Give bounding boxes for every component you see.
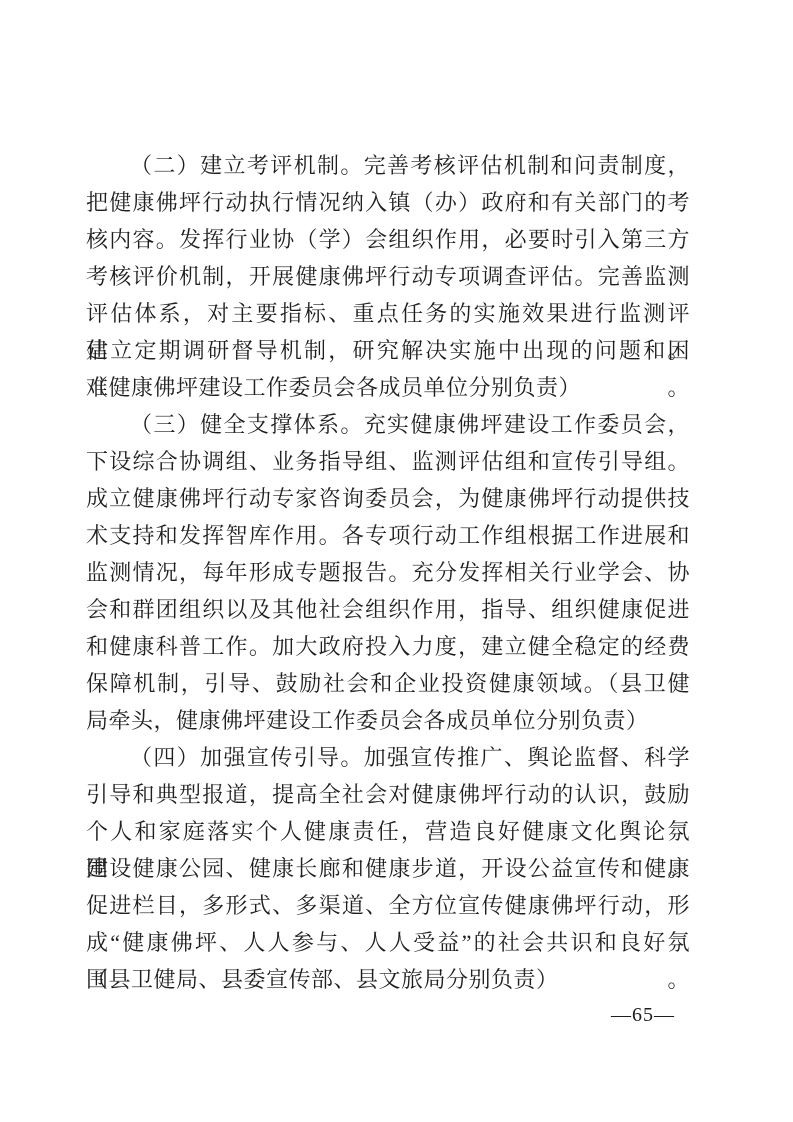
paragraph-section-3: （三）健全支撑体系。充实健康佛坪建设工作委员会， 下设综合协调组、业务指导组、监… <box>86 406 690 739</box>
text-line: 评估体系，对主要指标、重点任务的实施效果进行监测评估。 <box>86 295 690 332</box>
text-line: 成立健康佛坪行动专家咨询委员会，为健康佛坪行动提供技 <box>86 480 690 517</box>
text-line: 建设健康公园、健康长廊和健康步道，开设公益宣传和健康 <box>86 850 690 887</box>
text-line: 个人和家庭落实个人健康责任，营造良好健康文化舆论氛围。 <box>86 813 690 850</box>
text-line: 成“健康佛坪、人人参与、人人受益”的社会共识和良好氛围。 <box>86 924 690 961</box>
text-line: 把健康佛坪行动执行情况纳入镇（办）政府和有关部门的考 <box>86 184 690 221</box>
text-line: 术支持和发挥智库作用。各专项行动工作组根据工作进展和 <box>86 517 690 554</box>
text-line: 引导和典型报道，提高全社会对健康佛坪行动的认识，鼓励 <box>86 776 690 813</box>
text-line: 建立定期调研督导机制，研究解决实施中出现的问题和困难。 <box>86 332 690 369</box>
document-page: （二）建立考评机制。完善考核评估机制和问责制度， 把健康佛坪行动执行情况纳入镇（… <box>0 0 793 1122</box>
text-line: 监测情况，每年形成专题报告。充分发挥相关行业学会、协 <box>86 554 690 591</box>
text-line: 局牵头，健康佛坪建设工作委员会各成员单位分别负责） <box>86 702 690 739</box>
text-line: 考核评价机制，开展健康佛坪行动专项调查评估。完善监测 <box>86 258 690 295</box>
text-line: 核内容。发挥行业协（学）会组织作用，必要时引入第三方 <box>86 221 690 258</box>
paragraph-section-2: （二）建立考评机制。完善考核评估机制和问责制度， 把健康佛坪行动执行情况纳入镇（… <box>86 147 690 406</box>
page-number: —65— <box>611 1003 675 1027</box>
text-line: （二）建立考评机制。完善考核评估机制和问责制度， <box>86 147 690 184</box>
text-line: 保障机制，引导、鼓励社会和企业投资健康领域。（县卫健 <box>86 665 690 702</box>
paragraph-section-4: （四）加强宣传引导。加强宣传推广、舆论监督、科学 引导和典型报道，提高全社会对健… <box>86 739 690 998</box>
text-line: 和健康科普工作。加大政府投入力度，建立健全稳定的经费 <box>86 628 690 665</box>
text-line: 会和群团组织以及其他社会组织作用，指导、组织健康促进 <box>86 591 690 628</box>
text-line: 促进栏目，多形式、多渠道、全方位宣传健康佛坪行动，形 <box>86 887 690 924</box>
text-line: （三）健全支撑体系。充实健康佛坪建设工作委员会， <box>86 406 690 443</box>
text-line: （四）加强宣传引导。加强宣传推广、舆论监督、科学 <box>86 739 690 776</box>
text-line: 下设综合协调组、业务指导组、监测评估组和宣传引导组。 <box>86 443 690 480</box>
page-content: （二）建立考评机制。完善考核评估机制和问责制度， 把健康佛坪行动执行情况纳入镇（… <box>86 147 690 998</box>
